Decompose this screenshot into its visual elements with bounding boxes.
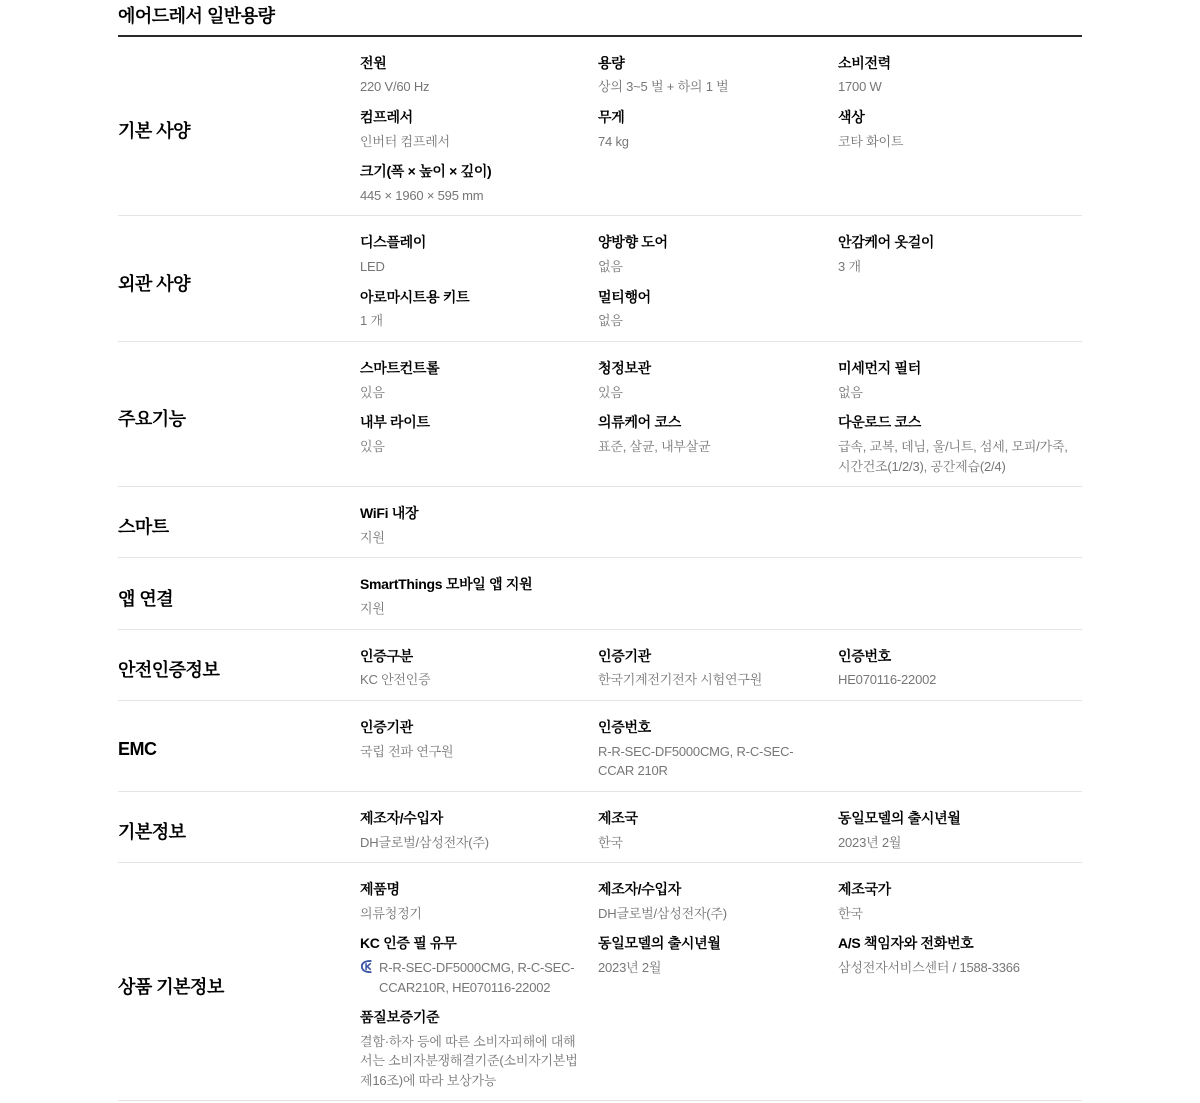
spec-value: 결함·하자 등에 따른 소비자피해에 대해서는 소비자분쟁해결기준(소비자기본법… [360, 1032, 584, 1091]
spec-item: 스마트컨트롤 있음 [360, 360, 598, 402]
spec-value: 74 kg [598, 132, 824, 152]
section-emc: EMC 인증기관 국립 전파 연구원 인증번호 R-R-SEC-DF5000CM… [118, 701, 1082, 792]
spec-value: 있음 [360, 437, 584, 457]
spec-label: 제조자/수입자 [360, 810, 584, 827]
spec-row: 인증구분 KC 안전인증 인증기관 한국기계전기전자 시험연구원 인증번호 HE… [360, 648, 1082, 690]
spec-value: 1700 W [838, 77, 1068, 97]
spec-label: 컴프레서 [360, 109, 584, 126]
spec-item: 멀티행어 없음 [598, 289, 838, 331]
spec-label: 아로마시트용 키트 [360, 289, 584, 306]
spec-item: 용량 상의 3~5 벌 + 하의 1 벌 [598, 55, 838, 97]
spec-value: 없음 [598, 257, 824, 277]
spec-item: 제조자/수입자 DH글로벌/삼성전자(주) [360, 810, 598, 852]
section-basic-specs: 기본 사양 전원 220 V/60 Hz 용량 상의 3~5 벌 + 하의 1 … [118, 37, 1082, 217]
spec-item: A/S 책임자와 전화번호 삼성전자서비스센터 / 1588-3366 [838, 935, 1082, 997]
spec-item: 내부 라이트 있음 [360, 414, 598, 476]
spec-item: 인증기관 국립 전파 연구원 [360, 719, 598, 781]
spec-label: 다운로드 코스 [838, 414, 1068, 431]
spec-row: SmartThings 모바일 앱 지원 지원 [360, 576, 1082, 618]
spec-item: 크기(폭 × 높이 × 깊이) 445 × 1960 × 595 mm [360, 163, 598, 205]
section-label: 안전인증정보 [118, 648, 360, 690]
spec-label: 소비전력 [838, 55, 1068, 72]
spec-item: 제품명 의류청정기 [360, 881, 598, 923]
spec-item: 인증기관 한국기계전기전자 시험연구원 [598, 648, 838, 690]
spec-value: R-R-SEC-DF5000CMG, R-C-SEC-CCAR 210R [598, 742, 824, 781]
spec-label: 인증번호 [838, 648, 1068, 665]
spec-value: 있음 [360, 383, 584, 403]
spec-item: 제조국가 한국 [838, 881, 1082, 923]
spec-label: SmartThings 모바일 앱 지원 [360, 576, 584, 593]
section-smart: 스마트 WiFi 내장 지원 [118, 487, 1082, 558]
spec-item: 컴프레서 인버터 컴프레서 [360, 109, 598, 151]
spec-item: 미세먼지 필터 없음 [838, 360, 1082, 402]
spec-label: 스마트컨트롤 [360, 360, 584, 377]
section-label: 상품 기본정보 [118, 881, 360, 1090]
spec-label: WiFi 내장 [360, 505, 584, 522]
spec-label: 동일모델의 출시년월 [838, 810, 1068, 827]
spec-label: A/S 책임자와 전화번호 [838, 935, 1068, 952]
spec-value: 국립 전파 연구원 [360, 742, 584, 762]
section-label: 외관 사양 [118, 234, 360, 331]
section-label: 스마트 [118, 505, 360, 547]
spec-item: 전원 220 V/60 Hz [360, 55, 598, 97]
spec-item: 아로마시트용 키트 1 개 [360, 289, 598, 331]
spec-row: 크기(폭 × 높이 × 깊이) 445 × 1960 × 595 mm [360, 163, 1082, 205]
spec-label: KC 인증 필 유무 [360, 935, 584, 952]
spec-value: 지원 [360, 599, 584, 619]
spec-value: 없음 [838, 383, 1068, 403]
section-exterior-specs: 외관 사양 디스플레이 LED 양방향 도어 없음 안감케어 옷걸이 3 개 아… [118, 216, 1082, 342]
page-title: 에어드레서 일반용량 [118, 0, 1082, 28]
spec-item: 색상 코타 화이트 [838, 109, 1082, 151]
spec-row: 품질보증기준 결함·하자 등에 따른 소비자피해에 대해서는 소비자분쟁해결기준… [360, 1009, 1082, 1090]
spec-item: KC 인증 필 유무 R-R-SEC-DF5000CMG, R-C-SEC-CC… [360, 935, 598, 997]
spec-item: 제조자/수입자 DH글로벌/삼성전자(주) [598, 881, 838, 923]
spec-value: 의류청정기 [360, 904, 584, 924]
spec-label: 제조자/수입자 [598, 881, 824, 898]
spec-label: 의류케어 코스 [598, 414, 824, 431]
spec-value: DH글로벌/삼성전자(주) [360, 833, 584, 853]
spec-item: 소비전력 1700 W [838, 55, 1082, 97]
spec-label: 인증번호 [598, 719, 824, 736]
spec-row: 전원 220 V/60 Hz 용량 상의 3~5 벌 + 하의 1 벌 소비전력… [360, 55, 1082, 97]
spec-label: 제조국 [598, 810, 824, 827]
section-app-connection: 앱 연결 SmartThings 모바일 앱 지원 지원 [118, 558, 1082, 629]
spec-value: 급속, 교복, 데님, 울/니트, 섬세, 모피/가죽, 시간건조(1/2/3)… [838, 437, 1068, 476]
spec-item: 무게 74 kg [598, 109, 838, 151]
spec-item: 양방향 도어 없음 [598, 234, 838, 276]
kc-certification-icon [360, 959, 374, 974]
spec-label: 용량 [598, 55, 824, 72]
spec-value: 2023년 2월 [598, 958, 824, 978]
spec-label: 멀티행어 [598, 289, 824, 306]
spec-item: 안감케어 옷걸이 3 개 [838, 234, 1082, 276]
section-label: 앱 연결 [118, 576, 360, 618]
spec-row: 아로마시트용 키트 1 개 멀티행어 없음 [360, 289, 1082, 331]
spec-value: 한국기계전기전자 시험연구원 [598, 670, 824, 690]
spec-value: 3 개 [838, 257, 1068, 277]
spec-label: 인증구분 [360, 648, 584, 665]
spec-row: WiFi 내장 지원 [360, 505, 1082, 547]
spec-item: 인증번호 R-R-SEC-DF5000CMG, R-C-SEC-CCAR 210… [598, 719, 838, 781]
spec-value: 한국 [598, 833, 824, 853]
spec-item: 청정보관 있음 [598, 360, 838, 402]
spec-label: 크기(폭 × 높이 × 깊이) [360, 163, 584, 180]
spec-label: 제품명 [360, 881, 584, 898]
section-label: 기본 사양 [118, 55, 360, 206]
spec-row: 제품명 의류청정기 제조자/수입자 DH글로벌/삼성전자(주) 제조국가 한국 [360, 881, 1082, 923]
section-label: 주요기능 [118, 360, 360, 476]
spec-row: 인증기관 국립 전파 연구원 인증번호 R-R-SEC-DF5000CMG, R… [360, 719, 1082, 781]
spec-label: 제조국가 [838, 881, 1068, 898]
spec-value: LED [360, 257, 584, 277]
spec-item: 디스플레이 LED [360, 234, 598, 276]
spec-item: 인증번호 HE070116-22002 [838, 648, 1082, 690]
spec-row: 디스플레이 LED 양방향 도어 없음 안감케어 옷걸이 3 개 [360, 234, 1082, 276]
spec-item: 동일모델의 출시년월 2023년 2월 [838, 810, 1082, 852]
spec-label: 전원 [360, 55, 584, 72]
spec-label: 무게 [598, 109, 824, 126]
spec-item: SmartThings 모바일 앱 지원 지원 [360, 576, 598, 618]
spec-value: 없음 [598, 311, 824, 331]
section-product-basic-info: 상품 기본정보 제품명 의류청정기 제조자/수입자 DH글로벌/삼성전자(주) … [118, 863, 1082, 1101]
spec-value: 한국 [838, 904, 1068, 924]
spec-value: 220 V/60 Hz [360, 77, 584, 97]
spec-row: KC 인증 필 유무 R-R-SEC-DF5000CMG, R-C-SEC-CC… [360, 935, 1082, 997]
spec-value: 있음 [598, 383, 824, 403]
spec-label: 미세먼지 필터 [838, 360, 1068, 377]
spec-label: 양방향 도어 [598, 234, 824, 251]
spec-value: 코타 화이트 [838, 132, 1068, 152]
spec-label: 디스플레이 [360, 234, 584, 251]
spec-item: 인증구분 KC 안전인증 [360, 648, 598, 690]
spec-value: 인버터 컴프레서 [360, 132, 584, 152]
spec-item: 동일모델의 출시년월 2023년 2월 [598, 935, 838, 997]
spec-item: 의류케어 코스 표준, 살균, 내부살균 [598, 414, 838, 476]
spec-value: DH글로벌/삼성전자(주) [598, 904, 824, 924]
section-main-features: 주요기능 스마트컨트롤 있음 청정보관 있음 미세먼지 필터 없음 내부 라이트 [118, 342, 1082, 487]
spec-label: 청정보관 [598, 360, 824, 377]
section-label: 기본정보 [118, 810, 360, 852]
spec-value: 1 개 [360, 311, 584, 331]
spec-value: 표준, 살균, 내부살균 [598, 437, 824, 457]
spec-item: 품질보증기준 결함·하자 등에 따른 소비자피해에 대해서는 소비자분쟁해결기준… [360, 1009, 598, 1090]
section-label: EMC [118, 719, 360, 781]
spec-label: 내부 라이트 [360, 414, 584, 431]
spec-sheet: 에어드레서 일반용량 기본 사양 전원 220 V/60 Hz 용량 상의 3~… [118, 0, 1082, 1101]
spec-label: 인증기관 [360, 719, 584, 736]
spec-label: 인증기관 [598, 648, 824, 665]
spec-row: 내부 라이트 있음 의류케어 코스 표준, 살균, 내부살균 다운로드 코스 급… [360, 414, 1082, 476]
spec-item: 제조국 한국 [598, 810, 838, 852]
spec-label: 안감케어 옷걸이 [838, 234, 1068, 251]
spec-row: 스마트컨트롤 있음 청정보관 있음 미세먼지 필터 없음 [360, 360, 1082, 402]
spec-value: 2023년 2월 [838, 833, 1068, 853]
spec-value: 445 × 1960 × 595 mm [360, 186, 584, 206]
spec-item: 다운로드 코스 급속, 교복, 데님, 울/니트, 섬세, 모피/가죽, 시간건… [838, 414, 1082, 476]
spec-value: 삼성전자서비스센터 / 1588-3366 [838, 958, 1068, 978]
spec-value: R-R-SEC-DF5000CMG, R-C-SEC-CCAR210R, HE0… [379, 958, 584, 997]
spec-item: WiFi 내장 지원 [360, 505, 598, 547]
section-safety-certification: 안전인증정보 인증구분 KC 안전인증 인증기관 한국기계전기전자 시험연구원 … [118, 630, 1082, 701]
spec-label: 품질보증기준 [360, 1009, 584, 1026]
spec-value: 지원 [360, 528, 584, 548]
spec-label: 동일모델의 출시년월 [598, 935, 824, 952]
spec-value: HE070116-22002 [838, 670, 1068, 690]
section-basic-info: 기본정보 제조자/수입자 DH글로벌/삼성전자(주) 제조국 한국 동일모델의 … [118, 792, 1082, 863]
spec-row: 제조자/수입자 DH글로벌/삼성전자(주) 제조국 한국 동일모델의 출시년월 … [360, 810, 1082, 852]
spec-row: 컴프레서 인버터 컴프레서 무게 74 kg 색상 코타 화이트 [360, 109, 1082, 151]
spec-value: KC 안전인증 [360, 670, 584, 690]
spec-value: 상의 3~5 벌 + 하의 1 벌 [598, 77, 824, 97]
spec-label: 색상 [838, 109, 1068, 126]
